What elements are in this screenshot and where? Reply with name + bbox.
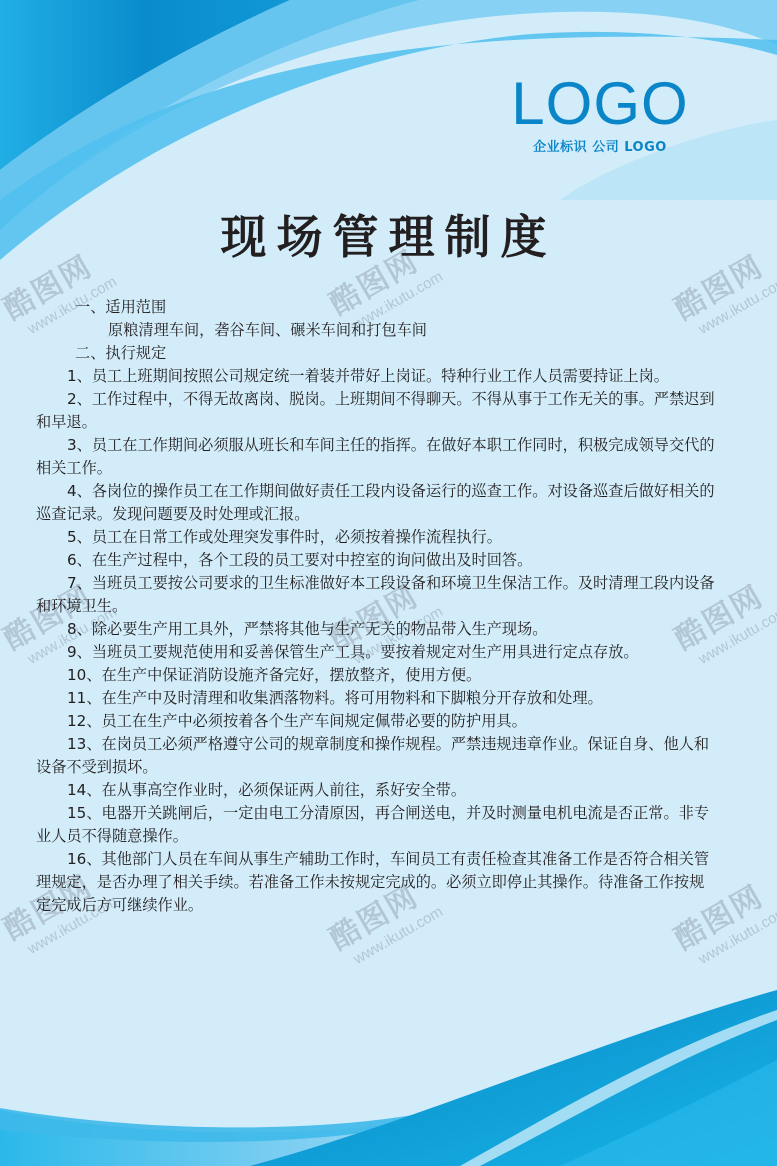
logo-wordmark: LOGO xyxy=(510,76,690,132)
section-heading-rules: 二、执行规定 xyxy=(75,342,715,365)
rule-item-12: 12、员工在生产中必须按着各个生产车间规定佩带必要的防护用具。 xyxy=(36,710,716,733)
rule-item-8: 8、除必要生产用工具外，严禁将其他与生产无关的物品带入生产现场。 xyxy=(36,618,716,641)
rule-item-11: 11、在生产中及时清理和收集洒落物料。将可用物料和下脚粮分开存放和处理。 xyxy=(36,687,716,710)
rule-item-9: 9、当班员工要规范使用和妥善保管生产工具。要按着规定对生产用具进行定点存放。 xyxy=(36,641,716,664)
rule-item-6: 6、在生产过程中，各个工段的员工要对中控室的询问做出及时回答。 xyxy=(36,549,716,572)
rule-item-2: 2、工作过程中，不得无故离岗、脱岗。上班期间不得聊天。不得从事于工作无关的事。严… xyxy=(36,388,716,434)
rule-item-1: 1、员工上班期间按照公司规定统一着装并带好上岗证。特种行业工作人员需要持证上岗。 xyxy=(36,365,716,388)
rule-item-5: 5、员工在日常工作或处理突发事件时，必须按着操作流程执行。 xyxy=(36,526,716,549)
rule-item-15: 15、电器开关跳闸后，一定由电工分清原因，再合闸送电，并及时测量电机电流是否正常… xyxy=(36,802,716,848)
section-body-scope: 原粮清理车间，砻谷车间、碾米车间和打包车间 xyxy=(75,319,715,342)
rule-item-3: 3、员工在工作期间必须服从班长和车间主任的指挥。在做好本职工作同时，积极完成领导… xyxy=(36,434,716,480)
rule-item-10: 10、在生产中保证消防设施齐备完好，摆放整齐，使用方便。 xyxy=(36,664,716,687)
logo-subtitle: 企业标识 公司 LOGO xyxy=(510,136,690,155)
regulation-content: 一、适用范围 原粮清理车间，砻谷车间、碾米车间和打包车间 二、执行规定 1、员工… xyxy=(75,296,715,917)
page-title: 现场管理制度 xyxy=(0,204,777,270)
rule-item-14: 14、在从事高空作业时，必须保证两人前往，系好安全带。 xyxy=(36,779,716,802)
rule-item-16: 16、其他部门人员在车间从事生产辅助工作时，车间员工有责任检查其准备工作是否符合… xyxy=(36,848,716,917)
section-heading-scope: 一、适用范围 xyxy=(75,296,715,319)
rule-item-13: 13、在岗员工必须严格遵守公司的规章制度和操作规程。严禁违规违章作业。保证自身、… xyxy=(36,733,716,779)
rule-item-4: 4、各岗位的操作员工在工作期间做好责任工段内设备运行的巡查工作。对设备巡查后做好… xyxy=(36,480,716,526)
company-logo: LOGO 企业标识 公司 LOGO xyxy=(510,76,690,155)
rule-item-7: 7、当班员工要按公司要求的卫生标准做好本工段设备和环境卫生保洁工作。及时清理工段… xyxy=(36,572,716,618)
